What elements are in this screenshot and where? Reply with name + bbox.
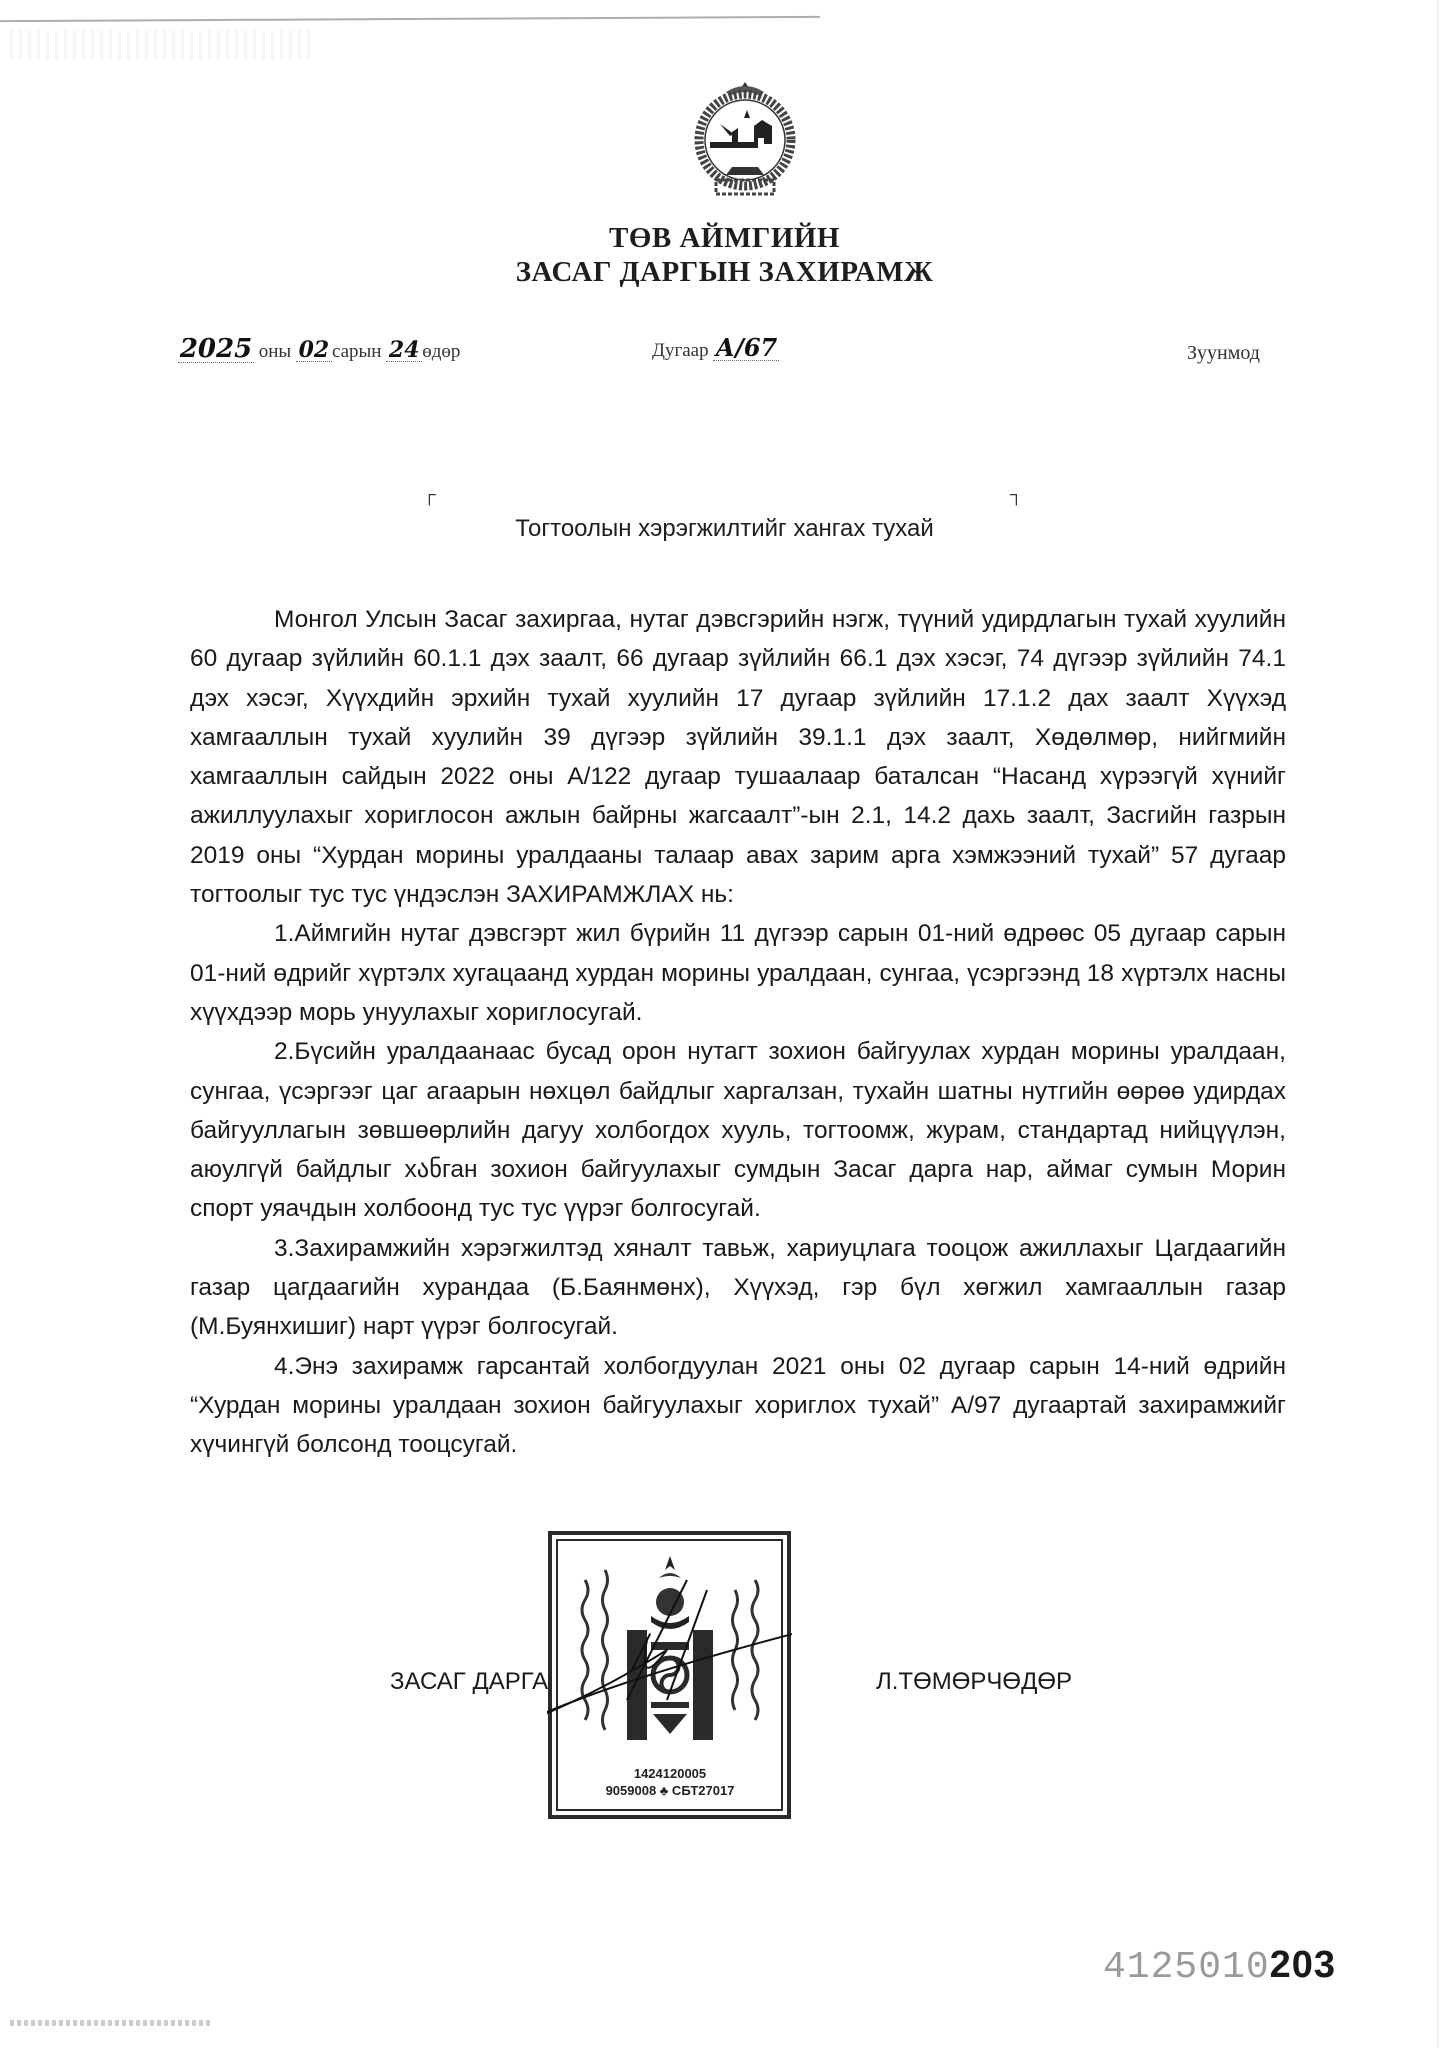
month-value: 02 bbox=[296, 339, 332, 362]
day-value: 24 bbox=[386, 339, 422, 362]
mongolia-state-emblem-icon bbox=[686, 80, 804, 205]
month-label: сарын bbox=[332, 341, 382, 362]
issuing-authority: ТӨВ АЙМГИЙН bbox=[0, 222, 1449, 255]
document-body: Монгол Улсын Засаг захиргаа, нутаг дэвсг… bbox=[190, 600, 1286, 1465]
signatory-title: ЗАСАГ ДАРГА bbox=[390, 1668, 548, 1696]
order-item-4: 4.Энэ захирамж гарсантай холбогдуулан 20… bbox=[190, 1347, 1286, 1465]
scan-artifact-noise bbox=[10, 30, 310, 60]
order-item-2: 2.Бүсийн уралдаанаас бусад орон нутагт з… bbox=[190, 1032, 1286, 1228]
stamp-code-1: 1424120005 bbox=[634, 1766, 706, 1781]
order-item-1: 1.Аймгийн нутаг дэвсгэрт жил бүрийн 11 д… bbox=[190, 914, 1286, 1032]
issue-date: 2025 оны 02сарын 24өдөр bbox=[178, 336, 460, 363]
subject-bracket-left: ┌ bbox=[423, 484, 436, 505]
scan-artifact-noise bbox=[10, 2020, 210, 2026]
scan-artifact-line bbox=[0, 16, 820, 22]
year-value: 2025 bbox=[178, 336, 254, 363]
day-label: өдөр bbox=[422, 341, 460, 362]
registration-number-bold: 203 bbox=[1270, 1944, 1336, 1986]
subject-bracket-right: ┐ bbox=[1010, 484, 1023, 505]
page-edge bbox=[1437, 0, 1439, 2048]
document-type: ЗАСАГ ДАРГЫН ЗАХИРАМЖ bbox=[0, 256, 1449, 289]
official-seal-stamp-icon: 1424120005 9059008 ♣ СБТ27017 bbox=[547, 1530, 792, 1820]
order-item-3: 3.Захирамжийн хэрэгжилтэд хяналт тавьж, … bbox=[190, 1229, 1286, 1347]
registration-number-faint: 4125010 bbox=[1103, 1946, 1270, 1989]
signatory-name: Л.ТӨМӨРЧӨДӨР bbox=[876, 1668, 1072, 1696]
document-number: Дугаар А/67 bbox=[652, 336, 779, 362]
number-label: Дугаар bbox=[652, 340, 709, 361]
issue-place: Зуунмод bbox=[1187, 342, 1260, 365]
stamp-code-2: 9059008 ♣ СБТ27017 bbox=[606, 1783, 735, 1798]
preamble-paragraph: Монгол Улсын Засаг захиргаа, нутаг дэвсг… bbox=[190, 600, 1286, 914]
registration-number: 4125010203 bbox=[1103, 1944, 1336, 1989]
document-subject: Тогтоолын хэрэгжилтийг хангах тухай bbox=[0, 515, 1449, 543]
number-value: А/67 bbox=[713, 336, 779, 361]
year-label: оны bbox=[259, 341, 291, 362]
